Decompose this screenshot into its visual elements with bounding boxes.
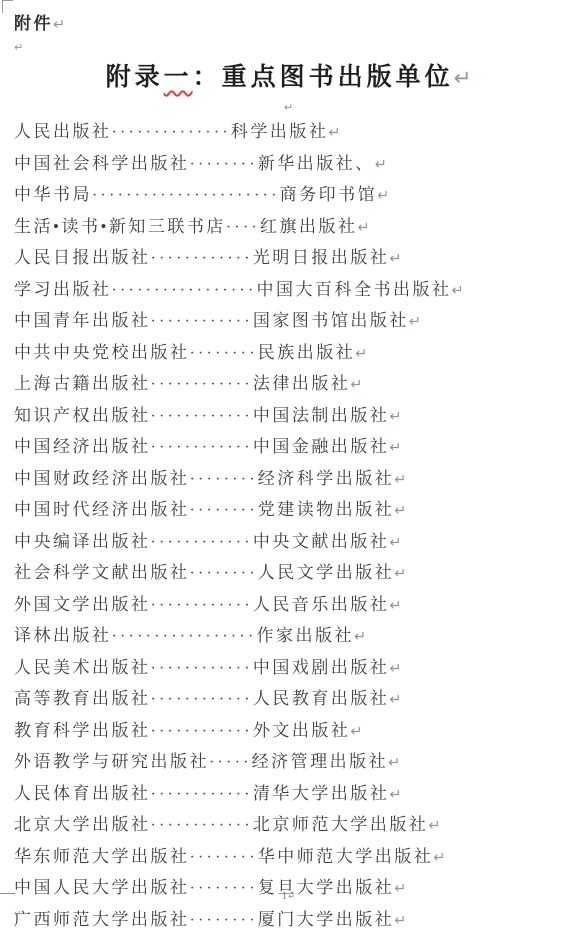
dot-leader: ············ [151,597,253,614]
dot-leader: ········ [190,345,258,362]
left-publisher: 高等教育出版社 [14,689,151,708]
pilcrow-mark: ↵ [350,377,362,393]
list-row: 人民日报出版社············光明日报出版社↵ [14,243,563,275]
list-row: 华东师范大学出版社········华中师范大学出版社↵ [14,842,563,874]
list-row: 中国经济出版社············中国金融出版社↵ [14,432,563,464]
pilcrow-mark: ↵ [389,409,401,425]
left-publisher: 人民出版社 [14,122,112,141]
document-page: 附件↵ ↵ 附录一：重点图书出版单位↵ ↵ 人民出版社·············… [0,0,577,930]
title-spellcheck-word: 一 [164,64,193,91]
pilcrow-mark: ↵ [389,251,401,267]
pilcrow-mark: ↵ [358,220,370,236]
empty-paragraph: ↵ [14,37,563,57]
pilcrow-mark: ↵ [14,41,23,54]
left-publisher: 中国时代经济出版社 [14,500,190,519]
dot-leader: ············ [151,376,253,393]
left-publisher: 中国经济出版社 [14,437,151,456]
page-title: 附录一：重点图书出版单位↵ [14,58,563,99]
right-publisher: 科学出版社 [231,122,329,141]
dot-leader: ················· [112,282,257,299]
empty-paragraph-centered: ↵ [14,99,563,115]
pilcrow-mark: ↵ [375,157,387,173]
list-row: 人民美术出版社············中国戏剧出版社↵ [14,653,563,685]
pilcrow-mark: ↵ [451,283,463,299]
left-publisher: 知识产权出版社 [14,406,151,425]
dot-leader: ············ [151,439,253,456]
attachment-label-line: 附件↵ [14,12,563,37]
left-publisher: 中央编译出版社 [14,532,151,551]
right-publisher: 中国大百科全书出版社 [256,280,451,299]
list-row: 中国时代经济出版社········党建读物出版社↵ [14,495,563,527]
pilcrow-mark: ↵ [394,472,406,488]
left-publisher: 外语教学与研究出版社 [14,752,209,771]
left-publisher: 人民美术出版社 [14,658,151,677]
list-row: 学习出版社·················中国大百科全书出版社↵ [14,275,563,307]
pilcrow-mark: ↵ [389,535,401,551]
pilcrow-mark: ↵ [288,892,295,902]
dot-leader: ········ [190,912,258,929]
list-row: 上海古籍出版社············法律出版社↵ [14,369,563,401]
list-row: 中华书局······················商务印书馆↵ [14,180,563,212]
right-publisher: 中国法制出版社 [253,406,390,425]
right-publisher: 中央文献出版社 [253,532,390,551]
right-publisher: 国家图书馆出版社 [253,311,409,330]
pilcrow-mark: ↵ [389,692,401,708]
list-row: 高等教育出版社············人民教育出版社↵ [14,684,563,716]
left-publisher: 广西师范大学出版社 [14,910,190,929]
dot-leader: ············ [151,408,253,425]
pilcrow-mark: ↵ [394,913,406,929]
right-publisher: 经济科学出版社 [258,469,395,488]
attachment-label: 附件 [14,14,53,33]
list-row: 知识产权出版社············中国法制出版社↵ [14,401,563,433]
list-row: 教育科学出版社············外文出版社↵ [14,716,563,748]
footer-paragraph-mark: ↵ [14,908,21,919]
right-publisher: 中国戏剧出版社 [253,658,390,677]
pilcrow-mark: ↵ [284,101,293,114]
right-publisher: 中国金融出版社 [253,437,390,456]
list-row: 中国青年出版社············国家图书馆出版社↵ [14,306,563,338]
right-publisher: 外文出版社 [253,721,351,740]
list-row: 社会科学文献出版社········人民文学出版社↵ [14,558,563,590]
list-row: 中国财政经济出版社········经济科学出版社↵ [14,464,563,496]
pilcrow-mark: ↵ [377,188,389,204]
dot-leader: ············ [151,660,253,677]
list-row: 外语教学与研究出版社·····经济管理出版社↵ [14,747,563,779]
pilcrow-mark: ↵ [433,850,445,866]
left-publisher: 中共中央党校出版社 [14,343,190,362]
pilcrow-mark: ↵ [388,755,400,771]
pilcrow-mark: ↵ [354,629,366,645]
right-publisher: 新华出版社、 [258,154,375,173]
list-row: 生活•读书•新知三联书店····红旗出版社↵ [14,212,563,244]
dot-leader: ············ [151,534,253,551]
list-row: 中国社会科学出版社········新华出版社、↵ [14,149,563,181]
left-publisher: 生活•读书•新知三联书店 [14,217,226,236]
left-publisher: 中国财政经济出版社 [14,469,190,488]
right-publisher: 华中师范大学出版社 [258,847,434,866]
dot-leader: ················· [112,628,257,645]
right-publisher: 北京师范大学出版社 [253,815,429,834]
page-number-line: 1↵ [0,891,577,902]
left-publisher: 中华书局 [14,185,92,204]
pilcrow-mark: ↵ [409,314,421,330]
right-publisher: 厦门大学出版社 [258,910,395,929]
pilcrow-mark: ↵ [428,818,440,834]
list-row: 人民体育出版社············清华大学出版社↵ [14,779,563,811]
right-publisher: 经济管理出版社 [252,752,389,771]
text-boundary-corner-mark [2,0,13,13]
dot-leader: ············ [151,250,253,267]
list-row: 外国文学出版社············人民音乐出版社↵ [14,590,563,622]
pilcrow-mark: ↵ [350,724,362,740]
right-publisher: 民族出版社 [258,343,356,362]
right-publisher: 人民音乐出版社 [253,595,390,614]
title-part-1: 附录 [106,64,164,91]
right-publisher: 党建读物出版社 [258,500,395,519]
pilcrow-mark: ↵ [14,909,21,919]
dot-leader: ············ [151,817,253,834]
dot-leader: ········ [190,502,258,519]
dot-leader: ·············· [112,124,231,141]
left-publisher: 外国文学出版社 [14,595,151,614]
pilcrow-mark: ↵ [389,440,401,456]
left-publisher: 人民日报出版社 [14,248,151,267]
left-publisher: 北京大学出版社 [14,815,151,834]
left-publisher: 中国社会科学出版社 [14,154,190,173]
right-publisher: 作家出版社 [256,626,354,645]
pilcrow-mark: ↵ [454,66,472,91]
right-publisher: 人民教育出版社 [253,689,390,708]
dot-leader: ···· [226,219,260,236]
pilcrow-mark: ↵ [53,17,65,33]
left-publisher: 教育科学出版社 [14,721,151,740]
pilcrow-mark: ↵ [355,346,367,362]
dot-leader: ········ [190,565,258,582]
right-publisher: 商务印书馆 [280,185,378,204]
list-row: 中共中央党校出版社········民族出版社↵ [14,338,563,370]
right-publisher: 人民文学出版社 [258,563,395,582]
dot-leader: ········ [190,849,258,866]
right-publisher: 清华大学出版社 [253,784,390,803]
left-publisher: 译林出版社 [14,626,112,645]
title-part-2: ：重点图书出版单位 [193,64,454,91]
dot-leader: ············ [151,313,253,330]
pilcrow-mark: ↵ [394,566,406,582]
pilcrow-mark: ↵ [389,661,401,677]
dot-leader: ······················ [92,187,280,204]
pilcrow-mark: ↵ [389,598,401,614]
document-content: 附件↵ ↵ 附录一：重点图书出版单位↵ ↵ 人民出版社·············… [0,0,577,930]
left-publisher: 华东师范大学出版社 [14,847,190,866]
list-row: 广西师范大学出版社········厦门大学出版社↵ [14,905,563,930]
pilcrow-mark: ↵ [394,503,406,519]
left-publisher: 社会科学文献出版社 [14,563,190,582]
dot-leader: ············ [151,691,253,708]
dot-leader: ········ [190,156,258,173]
left-publisher: 上海古籍出版社 [14,374,151,393]
dot-leader: ········ [190,471,258,488]
list-row: 中央编译出版社············中央文献出版社↵ [14,527,563,559]
publisher-list: 人民出版社··············科学出版社↵ 中国社会科学出版社·····… [14,117,563,930]
dot-leader: ············ [151,786,253,803]
right-publisher: 法律出版社 [253,374,351,393]
list-row: 译林出版社·················作家出版社↵ [14,621,563,653]
left-publisher: 中国青年出版社 [14,311,151,330]
dot-leader: ····· [209,754,252,771]
list-row: 人民出版社··············科学出版社↵ [14,117,563,149]
left-publisher: 人民体育出版社 [14,784,151,803]
pilcrow-mark: ↵ [389,787,401,803]
list-row: 北京大学出版社············北京师范大学出版社↵ [14,810,563,842]
left-publisher: 学习出版社 [14,280,112,299]
dot-leader: ············ [151,723,253,740]
pilcrow-mark: ↵ [328,125,340,141]
right-publisher: 光明日报出版社 [253,248,390,267]
right-publisher: 红旗出版社 [260,217,358,236]
